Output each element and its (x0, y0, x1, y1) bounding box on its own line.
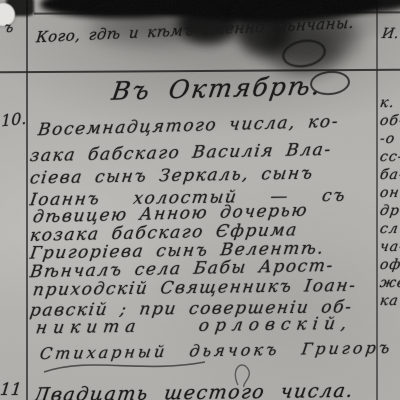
register-page-scan: ъ 10. 11 Кого, гдѣ и кѣмъ именно вѣнчаны… (0, 0, 400, 400)
next-record-line: Двадцать шестого числа. (32, 380, 355, 400)
next-record-number: 11 (0, 380, 23, 400)
record-number: 10. (1, 109, 26, 131)
column-header-right-fragment: И. (381, 26, 400, 42)
record-line: зака бабскаго Василія Вла- (29, 140, 334, 166)
right-column-fragment: об- (379, 113, 400, 129)
right-column-fragment: ча- (379, 239, 400, 255)
record-line: никита орловскій, (35, 314, 354, 338)
right-column-fragment: др- (379, 203, 400, 219)
margin-header-fragment: ъ (3, 20, 15, 36)
right-column-fragment: сс- (379, 149, 400, 165)
month-heading: Въ Октябрѣ. (110, 71, 324, 106)
record-line: сіева сынъ Зеркаль, сынъ (29, 163, 316, 188)
right-column-fragment: сл (379, 221, 400, 237)
right-column-fragment: ка (379, 293, 400, 309)
record-line: приходскій Священникъ Іоан- (32, 276, 358, 301)
right-column-fragment: -о (379, 131, 397, 147)
right-column-fragment: к. (379, 95, 396, 111)
record-line: Стихарный дьячокъ Григоръ (39, 338, 394, 363)
right-column-fragment: оф (379, 257, 400, 273)
right-column-fragment: он (379, 185, 400, 201)
record-line: Восемнадцятого числа, ко- (37, 112, 341, 140)
right-column-fragment: ба- (379, 167, 400, 183)
right-column-fragment: же- (379, 275, 400, 291)
vertical-rule-left-margin (26, 0, 28, 400)
